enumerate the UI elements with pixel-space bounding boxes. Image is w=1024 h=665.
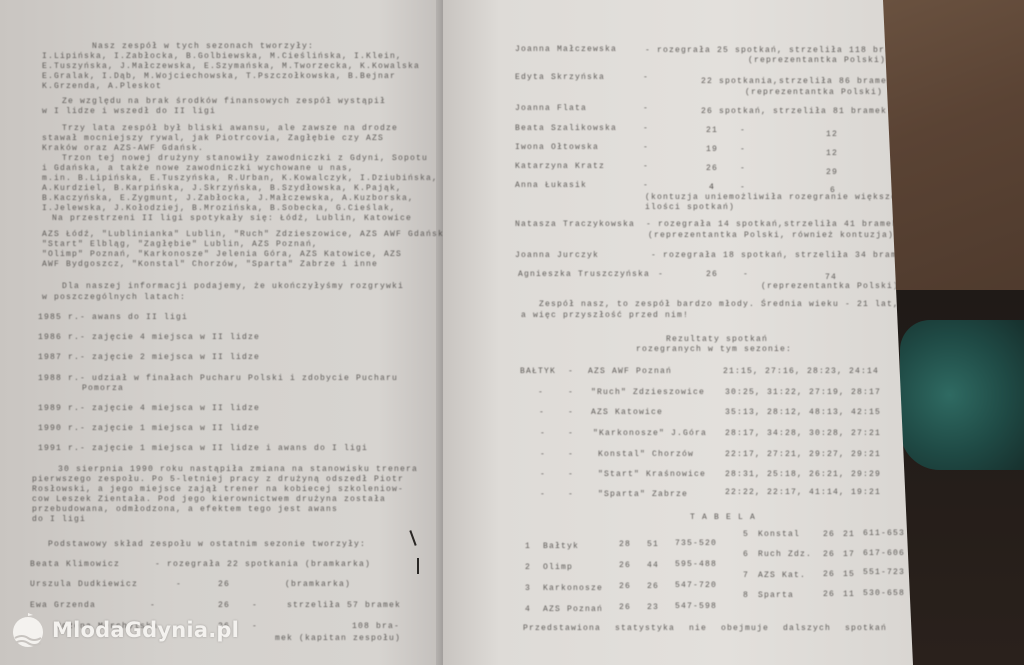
season-year: 1989 r. bbox=[38, 404, 80, 414]
results-opponent: "Karkonosze" J.Góra bbox=[593, 429, 707, 439]
standings-pos: 2 bbox=[525, 563, 531, 573]
standings-games: 26 bbox=[823, 530, 835, 540]
footer-note: Przedstawiona statystyka nie obejmuje da… bbox=[523, 624, 887, 634]
paragraph-line: cow Leszek Zientała. Pod jego kierownict… bbox=[32, 495, 386, 505]
player-goals: 21 bbox=[706, 126, 718, 136]
standings-team: Ruch Zdz. bbox=[758, 550, 812, 560]
paragraph-line: Dla naszej informacji podajemy, że ukońc… bbox=[62, 282, 404, 292]
results-scores: 22:22, 22:17, 41:14, 19:21 bbox=[725, 488, 881, 498]
paragraph-line: Podstawowy skład zespołu w ostatnim sezo… bbox=[48, 540, 366, 550]
season-year: 1985 r. bbox=[38, 313, 80, 323]
player-goals: 26 bbox=[706, 164, 718, 174]
summary-line: Zespół nasz, to zespół bardzo młody. Śre… bbox=[539, 300, 899, 310]
season-text: - udział w finałach Pucharu Polski i zdo… bbox=[80, 374, 398, 384]
results-dash: - bbox=[568, 388, 574, 398]
season-year: 1986 r. bbox=[38, 333, 80, 343]
results-lead: - bbox=[540, 470, 546, 480]
roster-dash: - bbox=[176, 580, 182, 590]
intro-line: I.Lipińska, I.Zabłocka, B.Golbiewska, M.… bbox=[42, 52, 402, 62]
roster-text: (bramkarka) bbox=[285, 580, 351, 590]
player-note: (reprezentantka Polski) bbox=[748, 56, 886, 66]
player-dash: - bbox=[740, 183, 746, 193]
results-opponent: "Sparta" Zabrze bbox=[598, 490, 688, 500]
standings-games: 26 bbox=[619, 561, 631, 571]
results-lead: - bbox=[540, 450, 546, 460]
intro-line: E.Tuszyńska, J.Małczewska, E.Szymańska, … bbox=[42, 62, 420, 72]
results-opponent: "Start" Kraśnowice bbox=[598, 470, 706, 480]
standings-pos: 3 bbox=[525, 584, 531, 594]
standings-goals: 547-598 bbox=[675, 602, 717, 612]
standings-games: 26 bbox=[619, 582, 631, 592]
season-text: - zajęcie 1 miejsca w II lidze i awans d… bbox=[80, 444, 368, 454]
results-scores: 35:13, 28:12, 48:13, 42:15 bbox=[725, 408, 881, 418]
roster-dash: - bbox=[150, 601, 156, 611]
results-dash: - bbox=[568, 408, 574, 418]
results-scores: 30:25, 31:22, 27:19, 28:17 bbox=[725, 388, 881, 398]
player-name: Joanna Flata bbox=[515, 104, 587, 114]
teams-line: "Olimp" Poznań, "Karkonosze" Jelenia Gór… bbox=[42, 250, 402, 260]
paragraph-line: Rosłowski, a jego miejsce zajął trener n… bbox=[32, 485, 404, 495]
player-note: (kontuzja uniemożliwiła rozegranie więks… bbox=[645, 193, 903, 203]
player-dash: - bbox=[740, 164, 746, 174]
roster-dash: - bbox=[252, 622, 258, 632]
standings-points: 11 bbox=[843, 590, 855, 600]
standings-games: 26 bbox=[823, 590, 835, 600]
standings-goals: 611-653 bbox=[863, 529, 905, 539]
player-stats: 22 spotkania,strzeliła 86 bramek bbox=[701, 77, 893, 87]
roster-name: Ewa Grzenda bbox=[30, 601, 96, 611]
standings-goals: 551-723 bbox=[863, 568, 905, 578]
intro-line: E.Gralak, I.Dąb, M.Wojciechowska, T.Pszc… bbox=[42, 72, 396, 82]
standings-games: 26 bbox=[823, 570, 835, 580]
standings-goals: 617-606 bbox=[863, 549, 905, 559]
standings-games: 28 bbox=[619, 540, 631, 550]
roster-text: 108 bra- bbox=[352, 622, 400, 632]
roster-dash: - bbox=[252, 601, 258, 611]
player-dash: - bbox=[643, 124, 649, 134]
teams-line: "Start" Elbląg, "Zagłębie" Lublin, AZS P… bbox=[42, 240, 318, 250]
player-name: Katarzyna Kratz bbox=[515, 162, 605, 172]
results-lead: - bbox=[540, 490, 546, 500]
paragraph-line: Kraków oraz AZS-AWF Gdańsk. bbox=[42, 144, 204, 154]
player-goals: 4 bbox=[709, 183, 715, 193]
player-stats: - rozegrała 14 spotkań,strzeliła 41 bram… bbox=[646, 220, 898, 230]
player-note: (reprezentantka Polski) bbox=[761, 282, 899, 292]
season-text: - awans do II ligi bbox=[80, 313, 188, 323]
player-goals: 26 bbox=[706, 270, 718, 280]
standings-team: Sparta bbox=[758, 591, 794, 601]
summary-line: a więc przyszłość przed nim! bbox=[521, 311, 689, 321]
watermark: MlodaGdynia.pl bbox=[10, 612, 239, 648]
standings-points: 23 bbox=[647, 603, 659, 613]
teams-line: AWF Bydgoszcz, "Konstal" Chorzów, "Spart… bbox=[42, 260, 378, 270]
roster-name: Urszula Dudkiewicz bbox=[30, 580, 138, 590]
results-dash: - bbox=[568, 490, 574, 500]
player-dash: - bbox=[643, 143, 649, 153]
player-name: Joanna Jurczyk bbox=[515, 251, 599, 261]
paragraph-line: do I ligi bbox=[32, 515, 86, 525]
sailboat-logo-icon bbox=[10, 612, 46, 648]
teal-fabric-background bbox=[900, 320, 1024, 470]
paragraph-line: w I lidze i wszedł do II ligi bbox=[42, 107, 216, 117]
results-scores: 28:31, 25:18, 26:21, 29:29 bbox=[725, 470, 881, 480]
roster-name: Beata Klimowicz bbox=[30, 560, 120, 570]
standings-team: Olimp bbox=[543, 563, 573, 573]
standings-pos: 5 bbox=[743, 530, 749, 540]
season-text: - zajęcie 2 miejsca w II lidze bbox=[80, 353, 260, 363]
standings-team: Karkonosze bbox=[543, 584, 603, 594]
paragraph-line: Na przestrzeni II ligi spotykały się: Łó… bbox=[52, 214, 412, 224]
results-lead: - bbox=[540, 429, 546, 439]
standings-points: 17 bbox=[843, 550, 855, 560]
paragraph-line: w poszczególnych latach: bbox=[42, 293, 186, 303]
results-lead: BAŁTYK bbox=[520, 367, 556, 377]
standings-goals: 735-520 bbox=[675, 539, 717, 549]
player-name: Iwona Ołtowska bbox=[515, 143, 599, 153]
results-dash: - bbox=[568, 429, 574, 439]
season-text: - zajęcie 4 miejsca w II lidze bbox=[80, 404, 260, 414]
season-year: 1987 r. bbox=[38, 353, 80, 363]
player-name: Natasza Traczykowska bbox=[515, 220, 635, 230]
results-scores: 21:15, 27:16, 28:23, 24:14 bbox=[723, 367, 879, 377]
player-dash: - bbox=[643, 181, 649, 191]
player-goals: 12 bbox=[826, 130, 838, 140]
results-scores: 22:17, 27:21, 29:27, 29:21 bbox=[725, 450, 881, 460]
standings-points: 44 bbox=[647, 561, 659, 571]
paragraph-line: i Gdańska, a także nowe zawodniczki wych… bbox=[42, 164, 354, 174]
paragraph-line: Ze względu na brak środków finansowych z… bbox=[62, 97, 386, 107]
paragraph-line: Trzy lata zespół był bliski awansu, ale … bbox=[62, 124, 398, 134]
player-note: ilości spotkań) bbox=[645, 203, 735, 213]
results-opponent: AZS AWF Poznań bbox=[588, 367, 672, 377]
player-dash: - bbox=[740, 126, 746, 136]
standings-points: 15 bbox=[843, 570, 855, 580]
results-subtitle: rozegranych w tym sezonie: bbox=[636, 345, 792, 355]
standings-games: 26 bbox=[823, 550, 835, 560]
standings-team: AZS Kat. bbox=[758, 571, 806, 581]
season-text: - zajęcie 1 miejsca w II lidze bbox=[80, 424, 260, 434]
results-dash: - bbox=[568, 367, 574, 377]
player-name: Edyta Skrzyńska bbox=[515, 73, 605, 83]
standings-pos: 4 bbox=[525, 605, 531, 615]
intro-line: Nasz zespół w tych sezonach tworzyły: bbox=[92, 42, 314, 52]
results-lead: - bbox=[539, 408, 545, 418]
player-goals: 12 bbox=[826, 149, 838, 159]
results-dash: - bbox=[568, 470, 574, 480]
standings-goals: 530-658 bbox=[863, 589, 905, 599]
teams-line: AZS Łódź, "Lublinianka" Lublin, "Ruch" Z… bbox=[42, 230, 450, 240]
results-title: Rezultaty spotkań bbox=[666, 335, 768, 345]
standings-goals: 595-488 bbox=[675, 560, 717, 570]
player-stats: - rozegrała 25 spotkań, strzeliła 118 br… bbox=[645, 46, 909, 56]
roster-num: 26 bbox=[218, 601, 230, 611]
season-year: 1990 r. bbox=[38, 424, 80, 434]
paragraph-line: przebudowana, odmłodzona, a efektem tego… bbox=[32, 505, 338, 515]
standings-pos: 1 bbox=[525, 542, 531, 552]
standings-games: 26 bbox=[619, 603, 631, 613]
player-goals: 19 bbox=[706, 145, 718, 155]
player-dash: - bbox=[643, 73, 649, 83]
paragraph-line: 30 sierpnia 1990 roku nastąpiła zmiana n… bbox=[58, 465, 418, 475]
paragraph-line: m.in. B.Lipińska, E.Tuszyńska, R.Urban, … bbox=[42, 174, 438, 184]
player-name: Joanna Małczewska bbox=[515, 45, 617, 55]
standings-team: Konstal bbox=[758, 530, 800, 540]
paragraph-line: stawał mocniejszy rywal, jak Piotrcovia,… bbox=[42, 134, 384, 144]
player-note: (reprezentantka Polski) bbox=[745, 88, 883, 98]
player-dash: - bbox=[643, 162, 649, 172]
results-lead: - bbox=[538, 388, 544, 398]
standings-points: 26 bbox=[647, 582, 659, 592]
pen-mark bbox=[417, 558, 419, 574]
player-dash: - bbox=[740, 145, 746, 155]
standings-pos: 6 bbox=[743, 550, 749, 560]
season-text-cont: Pomorza bbox=[82, 384, 124, 394]
standings-pos: 8 bbox=[743, 591, 749, 601]
roster-text-cont: mek (kapitan zespołu) bbox=[275, 634, 401, 644]
paragraph-line: pierwszego zespołu. Po 5-letniej pracy z… bbox=[32, 475, 404, 485]
season-text: - zajęcie 4 miejsca w II lidze bbox=[80, 333, 260, 343]
player-dash: - bbox=[643, 104, 649, 114]
standings-pos: 7 bbox=[743, 571, 749, 581]
standings-points: 51 bbox=[647, 540, 659, 550]
standings-goals: 547-720 bbox=[675, 581, 717, 591]
paragraph-line: A.Kurdziel, B.Karpińska, J.Skrzyńska, B.… bbox=[42, 184, 402, 194]
left-page: Nasz zespół w tych sezonach tworzyły: I.… bbox=[0, 0, 445, 665]
right-page: Joanna Małczewska - rozegrała 25 spotkań… bbox=[443, 0, 913, 665]
player-note: (reprezentantka Polski, również kontuzja… bbox=[648, 231, 894, 241]
paragraph-line: Trzon tej nowej drużyny stanowiły zawodn… bbox=[62, 154, 428, 164]
roster-num: 26 bbox=[218, 580, 230, 590]
player-goals: 29 bbox=[826, 168, 838, 178]
watermark-text: MlodaGdynia.pl bbox=[52, 618, 239, 642]
roster-text: - rozegrała 22 spotkania (bramkarka) bbox=[155, 560, 371, 570]
player-name: Beata Szalikowska bbox=[515, 124, 617, 134]
pen-mark bbox=[409, 530, 416, 546]
results-scores: 28:17, 34:28, 30:28, 27:21 bbox=[725, 429, 881, 439]
paragraph-line: B.Kaczyńska, E.Zygmunt, J.Zabłocka, J.Ma… bbox=[42, 194, 414, 204]
player-name: Agnieszka Truszczyńska bbox=[518, 270, 650, 280]
standings-title: T A B E L A bbox=[690, 513, 756, 523]
standings-team: Bałtyk bbox=[543, 542, 579, 552]
standings-team: AZS Poznań bbox=[543, 605, 603, 615]
results-dash: - bbox=[568, 450, 574, 460]
roster-text: strzeliła 57 bramek bbox=[287, 601, 401, 611]
season-year: 1988 r. bbox=[38, 374, 80, 384]
paragraph-line: I.Jelewska, J.Kołodziej, B.Mrozińska, B.… bbox=[42, 204, 396, 214]
player-stats: 26 spotkań, strzeliła 81 bramek bbox=[701, 107, 887, 117]
player-dash: - bbox=[658, 270, 664, 280]
results-opponent: AZS Katowice bbox=[591, 408, 663, 418]
player-dash: - bbox=[743, 270, 749, 280]
season-year: 1991 r. bbox=[38, 444, 80, 454]
standings-points: 21 bbox=[843, 530, 855, 540]
player-name: Anna Łukasik bbox=[515, 181, 587, 191]
results-opponent: "Ruch" Zdzieszowice bbox=[591, 388, 705, 398]
results-opponent: Konstal" Chorzów bbox=[598, 450, 694, 460]
intro-line: K.Grzenda, A.Pleskot bbox=[42, 82, 162, 92]
player-stats: - rozegrała 18 spotkań, strzeliła 34 bra… bbox=[651, 251, 909, 261]
